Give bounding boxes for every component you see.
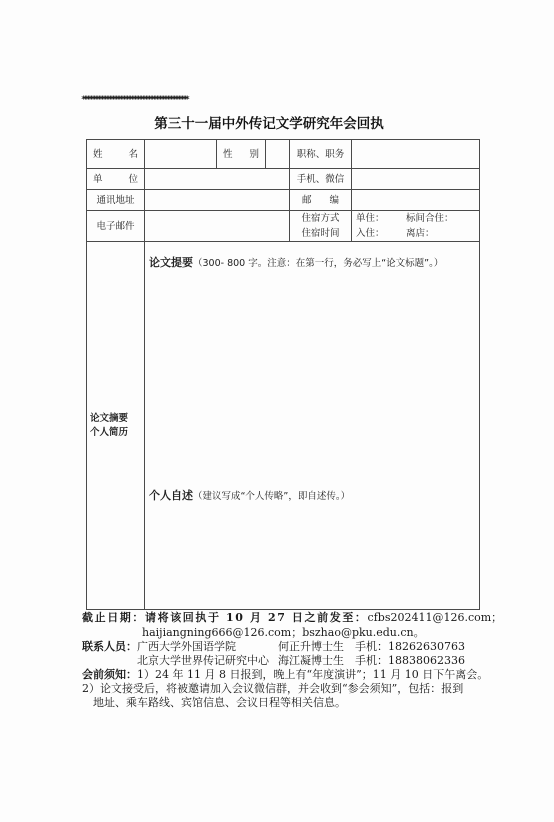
checkout-field[interactable]: 离店： bbox=[406, 226, 435, 241]
row-unit: 单位 手机、微信 bbox=[87, 169, 480, 190]
asterisk-separator: ****************************************… bbox=[81, 94, 454, 106]
row-abstract-bio: 论文摘要 个人简历 论文提要（300- 800 字。注意：在第一行，务必写上“论… bbox=[87, 242, 480, 610]
abstract-heading: 论文提要（300- 800 字。注意：在第一行，务必写上“论文标题”。） bbox=[149, 255, 443, 271]
phone-field[interactable] bbox=[352, 169, 480, 190]
phone-label: 手机、微信 bbox=[290, 169, 352, 190]
email-link-1[interactable]: cfbs202411@126.com； bbox=[368, 611, 503, 624]
contact-org: 北京大学世界传记研究中心 bbox=[137, 654, 269, 668]
gender-field[interactable] bbox=[266, 140, 290, 169]
unit-field[interactable] bbox=[145, 169, 290, 190]
page-title: 第三十一届中外传记文学研究年会回执 bbox=[0, 115, 538, 133]
name-label: 姓名 bbox=[87, 140, 145, 169]
email-field[interactable] bbox=[145, 211, 290, 242]
single-room-option[interactable]: 单住： bbox=[356, 211, 406, 226]
contact-phone: 手机：18262630763 bbox=[355, 640, 465, 654]
lodging-field[interactable]: 单住： 标间合住： 入住： 离店： bbox=[352, 211, 480, 242]
lodging-time-label: 住宿时间 bbox=[290, 226, 351, 241]
abstract-bio-label: 论文摘要 个人简历 bbox=[87, 242, 145, 610]
unit-label: 单位 bbox=[87, 169, 145, 190]
title-field[interactable] bbox=[352, 140, 480, 169]
contact-person: 何正升博士生 bbox=[278, 640, 344, 654]
title-label: 职称、职务 bbox=[290, 140, 352, 169]
abstract-bio-field[interactable]: 论文提要（300- 800 字。注意：在第一行，务必写上“论文标题”。） 个人自… bbox=[145, 242, 480, 610]
row-name: 姓名 性别 职称、职务 bbox=[87, 140, 480, 169]
gender-label: 性别 bbox=[217, 140, 266, 169]
row-address: 通讯地址 邮编 bbox=[87, 190, 480, 211]
checkin-field[interactable]: 入住： bbox=[356, 226, 406, 241]
deadline-text: 请将该回执于 10 月 27 日之前发至： bbox=[145, 611, 368, 624]
notice-line-3: 地址、乘车路线、宾馆信息、会议日程等相关信息。 bbox=[93, 696, 346, 710]
email-label: 电子邮件 bbox=[87, 211, 145, 242]
name-field[interactable] bbox=[145, 140, 217, 169]
contacts-label: 联系人员： bbox=[82, 640, 137, 654]
lodging-labels: 住宿方式 住宿时间 bbox=[290, 211, 352, 242]
notice-line-1: 会前须知：1）24 年 11 月 8 日报到，晚上有“年度演讲”；11 月 10… bbox=[82, 668, 488, 682]
shared-room-option[interactable]: 标间合住： bbox=[406, 211, 454, 226]
contact-phone: 手机：18838062336 bbox=[355, 654, 465, 668]
postcode-label: 邮编 bbox=[290, 190, 352, 211]
row-email: 电子邮件 住宿方式 住宿时间 单住： 标间合住： 入住： 离店： bbox=[87, 211, 480, 242]
contact-org: 广西大学外国语学院 bbox=[137, 640, 236, 654]
deadline-line: 截止日期：请将该回执于 10 月 27 日之前发至：cfbs202411@126… bbox=[82, 611, 502, 625]
lodging-type-label: 住宿方式 bbox=[290, 211, 351, 226]
postcode-field[interactable] bbox=[352, 190, 480, 211]
bio-heading: 个人自述（建议写成“个人传略”，即自述传。） bbox=[149, 488, 350, 504]
registration-form-table: 姓名 性别 职称、职务 单位 手机、微信 通讯地址 邮编 电子邮件 住宿方式 住… bbox=[86, 139, 480, 610]
email-link-2[interactable]: haijiangning666@126.com；bszhao@pku.edu.c… bbox=[142, 626, 425, 640]
deadline-label: 截止日期： bbox=[82, 611, 145, 624]
address-label: 通讯地址 bbox=[87, 190, 145, 211]
contact-person: 海江凝博士生 bbox=[278, 654, 344, 668]
address-field[interactable] bbox=[145, 190, 290, 211]
notice-line-2: 2）论文接受后，将被邀请加入会议微信群，并会收到“参会须知”，包括：报到 bbox=[82, 682, 463, 696]
